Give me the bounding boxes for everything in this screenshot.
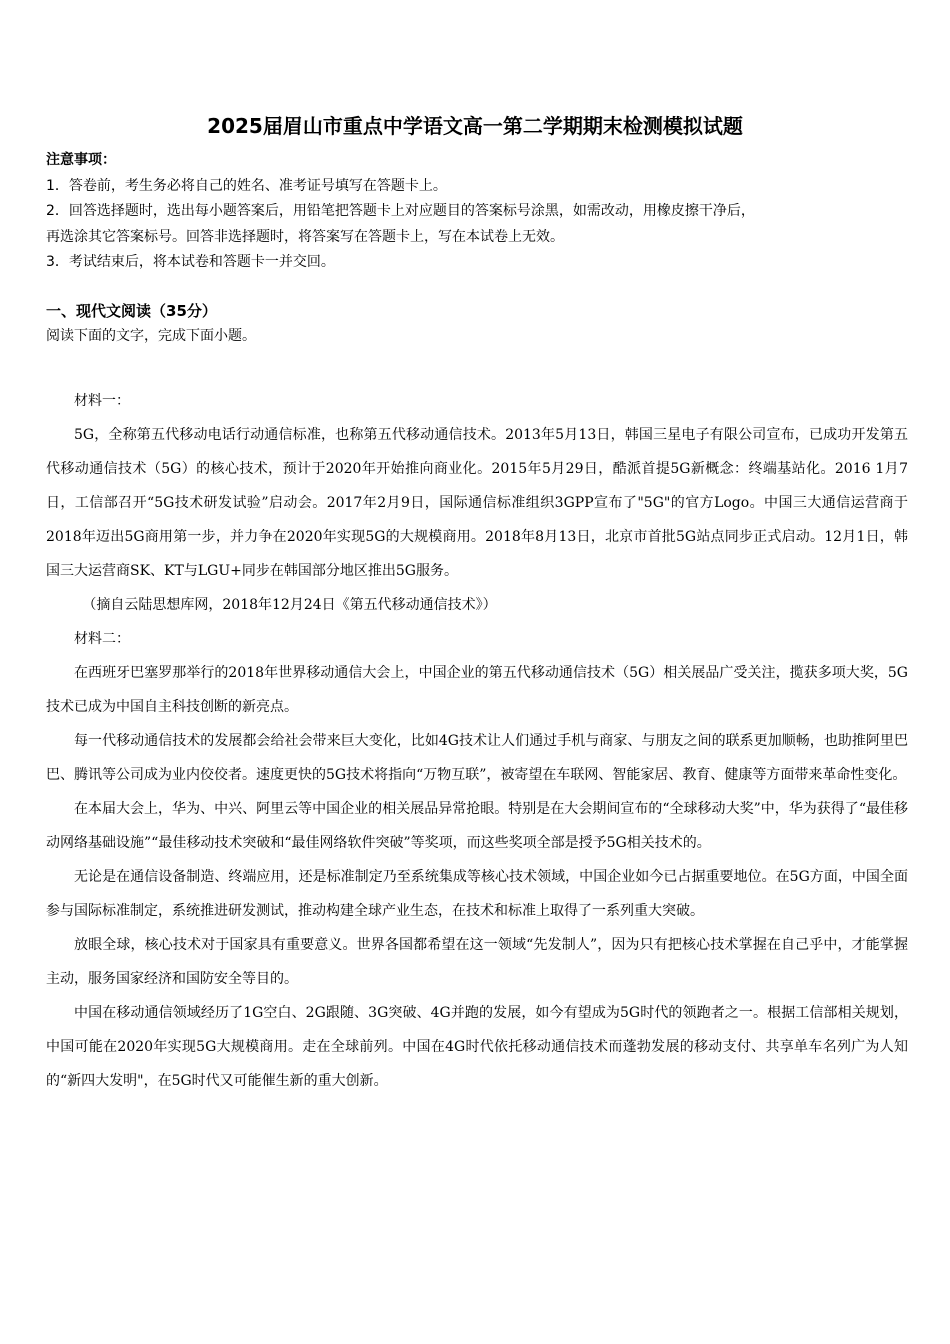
- material-2-paragraph: 每一代移动通信技术的发展都会给社会带来巨大变化，比如4G技术让人们通过手机与商家…: [46, 724, 908, 792]
- material-1-source: （摘自云陆思想库网，2018年12月24日《第五代移动通信技术》）: [46, 588, 908, 622]
- material-2-paragraph: 中国在移动通信领域经历了1G空白、2G跟随、3G突破、4G并跑的发展，如今有望成…: [46, 996, 908, 1098]
- section-heading: 一、现代文阅读（35分）: [46, 300, 217, 322]
- page-title: 2025届眉山市重点中学语文高一第二学期期末检测模拟试题: [0, 112, 950, 140]
- notice-item-1: 1．答卷前，考生务必将自己的姓名、准考证号填写在答题卡上。: [46, 176, 447, 196]
- exam-page: 2025届眉山市重点中学语文高一第二学期期末检测模拟试题 注意事项： 1．答卷前…: [0, 0, 950, 1344]
- reading-passage: 材料一： 5G，全称第五代移动电话行动通信标准，也称第五代移动通信技术。2013…: [46, 387, 908, 1098]
- notice-heading: 注意事项：: [46, 150, 116, 170]
- notice-item-2: 2．回答选择题时，选出每小题答案后，用铅笔把答题卡上对应题目的答案标号涂黑，如需…: [46, 201, 755, 221]
- notice-item-2-cont: 再选涂其它答案标号。回答非选择题时，将答案写在答题卡上，写在本试卷上无效。: [46, 227, 564, 247]
- material-2-paragraph: 在本届大会上，华为、中兴、阿里云等中国企业的相关展品异常抢眼。特别是在大会期间宣…: [46, 792, 908, 860]
- notice-item-3: 3．考试结束后，将本试卷和答题卡一并交回。: [46, 252, 335, 272]
- material-2-label: 材料二：: [46, 622, 908, 656]
- material-1-paragraph: 5G，全称第五代移动电话行动通信标准，也称第五代移动通信技术。2013年5月13…: [46, 418, 908, 588]
- material-2-paragraph: 放眼全球，核心技术对于国家具有重要意义。世界各国都希望在这一领域“先发制人”，因…: [46, 928, 908, 996]
- material-1-label: 材料一：: [46, 387, 908, 415]
- material-2-paragraph: 在西班牙巴塞罗那举行的2018年世界移动通信大会上，中国企业的第五代移动通信技术…: [46, 656, 908, 724]
- section-instruction: 阅读下面的文字，完成下面小题。: [46, 326, 256, 346]
- material-2-paragraph: 无论是在通信设备制造、终端应用，还是标准制定乃至系统集成等核心技术领域，中国企业…: [46, 860, 908, 928]
